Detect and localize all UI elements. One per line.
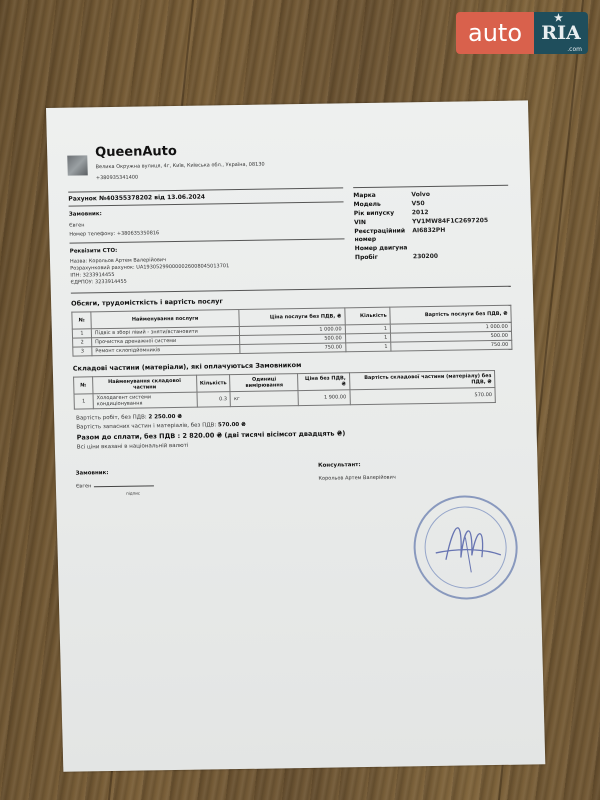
signatures: Замовник: Євген підпис Консультант: Коро… xyxy=(75,460,516,498)
services-table: №Найменування послугиЦіна послуги без ПД… xyxy=(71,305,512,357)
watermark-com: .com xyxy=(567,46,582,53)
table-header: Ціна послуги без ПДВ, ₴ xyxy=(239,308,345,327)
customer-sign-heading: Замовник: xyxy=(76,469,155,477)
autoria-watermark: auto ★ RIA .com xyxy=(456,12,588,54)
parts-table: №Найменування складової частиниКількість… xyxy=(73,370,496,410)
table-header: Найменування складової частини xyxy=(93,375,197,394)
table-header: Кількість xyxy=(345,307,391,325)
invoice-paper: QueenAuto Велика Окружна вулиця, 4г, Киї… xyxy=(46,100,545,771)
table-header: Вартість послуги без ПДВ, ₴ xyxy=(390,305,511,324)
sign-caption: підпис xyxy=(126,489,155,496)
car-field: Реєстраційний номерAI6832PH xyxy=(354,226,509,244)
invoice-title: Рахунок №40355378202 від 13.06.2024 xyxy=(68,191,343,202)
company-phone: +380935341400 xyxy=(96,173,265,183)
company-address: Велика Окружна вулиця, 4г, Київ, Київськ… xyxy=(95,162,264,172)
invoice-document: QueenAuto Велика Окружна вулиця, 4г, Киї… xyxy=(67,139,516,498)
consultant-name: Корольов Артем Валерійович xyxy=(318,475,395,483)
customer-phone: Номер телефону: +380635350816 xyxy=(69,227,344,238)
consultant-heading: Консультант: xyxy=(318,462,395,470)
table-header: № xyxy=(74,377,93,394)
company-logo-icon xyxy=(67,155,88,175)
company-stamp xyxy=(412,495,519,601)
company-header: QueenAuto Велика Окружна вулиця, 4г, Киї… xyxy=(67,139,508,183)
table-header: Ціна без ПДВ, ₴ xyxy=(298,373,350,391)
watermark-ria-text: RIA xyxy=(541,22,580,44)
sto-heading: Реквізити СТО: xyxy=(70,244,345,255)
car-field: Пробіг230200 xyxy=(355,252,510,262)
car-details: МаркаVolvoМодельV50Рік випуску2012VINYV1… xyxy=(353,182,511,282)
table-header: Одиниці вимірювання xyxy=(230,374,299,392)
watermark-auto: auto xyxy=(456,12,534,54)
customer-sign-line: Євген xyxy=(76,482,155,490)
watermark-ria: ★ RIA .com xyxy=(534,12,588,54)
table-header: Кількість xyxy=(196,375,230,393)
company-name: QueenAuto xyxy=(95,143,264,161)
table-header: № xyxy=(72,312,91,329)
customer-heading: Замовник: xyxy=(69,207,344,218)
star-icon: ★ xyxy=(554,13,563,24)
signature-scribble-icon xyxy=(414,497,517,599)
